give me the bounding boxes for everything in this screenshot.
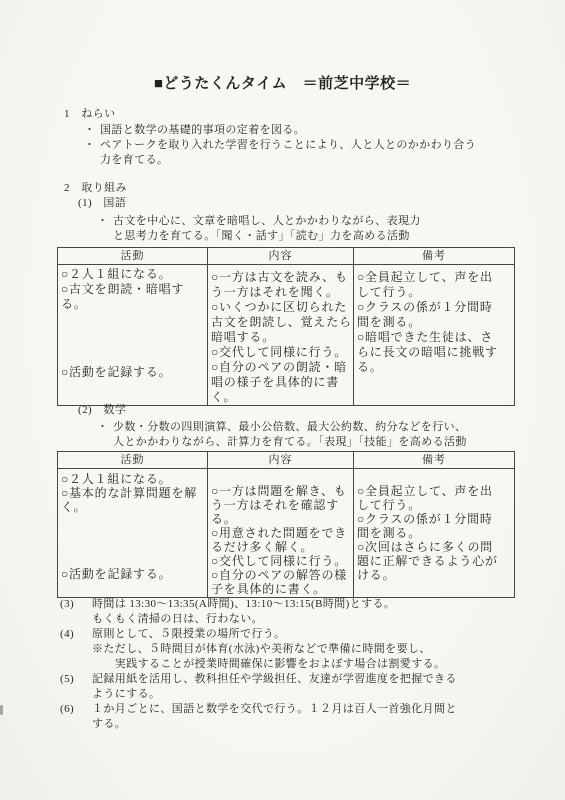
note-text: 時間は 13:30〜13:35(A時間)、13:10〜13:15(B時間)とする… <box>92 597 530 627</box>
note-text: １か月ごとに、国語と数学を交代で行う。１２月は百人一首強化月間と する。 <box>92 702 530 732</box>
bullet-marker: ・ <box>84 138 100 168</box>
kokugo-table-body: ○２人１組になる。 ○古文を朗読・暗唱す る。 ○活動を記録する。 ○一方は古文… <box>58 265 514 405</box>
aims-heading: 1 ねらい <box>64 107 116 122</box>
notes-item: ○次回はさらに多くの問 題に正解できるよう心が ける。 <box>357 540 513 582</box>
subject-sugaku-label: (2) 数学 <box>78 403 126 418</box>
kokugo-content-cell: ○一方は古文を読み、も う一方はそれを聞く。 ○いくつかに区切られた 古文を朗読… <box>208 265 354 405</box>
sugaku-activity-record: ○活動を記録する。 <box>61 567 205 581</box>
scanned-document-page: ■どうたくんタイム ＝前芝中学校＝ 1 ねらい ・ 国語と数学の基礎的事項の定着… <box>0 0 565 800</box>
kokugo-table-header-row: 活動 内容 備考 <box>58 248 514 265</box>
note-item-3: (3) 時間は 13:30〜13:35(A時間)、13:10〜13:15(B時間… <box>60 597 530 627</box>
kokugo-notes-cell: ○全員起立して、声を出 して行う。 ○クラスの係が１分間時 間を測る。 ○暗唱で… <box>354 265 514 405</box>
aims-bullet-2: ・ ペアトークを取り入れた学習を行うことにより、人と人とのかかわり合う 力を育て… <box>84 138 476 168</box>
sugaku-description: 少数・分数の四則演算、最小公倍数、最大公約数、約分などを行い、 人とかかわりなが… <box>113 420 467 450</box>
table-header-content: 内容 <box>208 452 354 468</box>
sugaku-notes-cell: ○全員起立して、声を出 して行う。 ○クラスの係が１分間時 間を測る。 ○次回は… <box>354 469 514 597</box>
sugaku-content-cell: ○一方は問題を解き、も う一方はそれを確認す る。 ○用意された問題をでき るだ… <box>208 469 354 597</box>
note-number: (4) <box>60 627 92 672</box>
note-number: (3) <box>60 597 92 627</box>
content-item: ○交代して同様に行う。 <box>211 554 352 568</box>
kokugo-activity-cell: ○２人１組になる。 ○古文を朗読・暗唱す る。 ○活動を記録する。 <box>58 265 208 405</box>
content-item: ○いくつかに区切られた 古文を朗読し、覚えたら 暗唱する。 <box>211 300 352 345</box>
content-item: ○交代して同様に行う。 <box>211 345 352 360</box>
note-text: 原則として、５限授業の場所で行う。 ※ただし、５時間目が体育(水泳)や美術などで… <box>92 627 530 672</box>
aims-bullet-2-text: ペアトークを取り入れた学習を行うことにより、人と人とのかかわり合う 力を育てる。 <box>100 138 476 168</box>
content-item: ○用意された問題をでき るだけ多く解く。 <box>211 526 352 554</box>
numbered-notes-list: (3) 時間は 13:30〜13:35(A時間)、13:10〜13:15(B時間… <box>60 597 530 732</box>
content-item: ○自分のペアの解答の様 子を具体的に書く。 <box>211 568 352 596</box>
table-header-activity: 活動 <box>58 248 208 264</box>
notes-item: ○クラスの係が１分間時 間を測る。 <box>357 512 513 540</box>
note-number: (5) <box>60 672 92 702</box>
kokugo-activity-record: ○活動を記録する。 <box>61 365 205 380</box>
sugaku-activity-top: ○２人１組になる。 ○基本的な計算問題を解 く。 <box>61 472 205 514</box>
subject-kokugo-label: (1) 国語 <box>78 196 126 211</box>
table-header-notes: 備考 <box>354 248 514 264</box>
notes-item: ○全員起立して、声を出 して行う。 <box>357 484 513 512</box>
bullet-marker: ・ <box>97 420 113 450</box>
activities-heading: 2 取り組み <box>64 181 127 196</box>
aims-bullet-1: ・ 国語と数学の基礎的事項の定着を図る。 <box>84 123 305 138</box>
document-title: ■どうたくんタイム ＝前芝中学校＝ <box>0 72 565 93</box>
scan-artifact <box>0 705 3 715</box>
kokugo-description: 古文を中心に、文章を暗唱し、人とかかわりながら、表現力 と思考力を育てる。「聞く… <box>113 214 421 244</box>
note-item-5: (5) 記録用紙を活用し、教科担任や学級担任、友達が学習進度を把握できる ように… <box>60 672 530 702</box>
table-header-content: 内容 <box>208 248 354 264</box>
table-header-notes: 備考 <box>354 452 514 468</box>
kokugo-description-row: ・ 古文を中心に、文章を暗唱し、人とかかわりながら、表現力 と思考力を育てる。「… <box>97 214 421 244</box>
notes-item: ○全員起立して、声を出 して行う。 <box>357 270 513 300</box>
notes-item: ○暗唱できた生徒は、さ らに長文の暗唱に挑戦す る。 <box>357 330 513 375</box>
content-item: ○一方は問題を解き、も う一方はそれを確認す る。 <box>211 484 352 526</box>
sugaku-activity-cell: ○２人１組になる。 ○基本的な計算問題を解 く。 ○活動を記録する。 <box>58 469 208 597</box>
sugaku-table-body: ○２人１組になる。 ○基本的な計算問題を解 く。 ○活動を記録する。 ○一方は問… <box>58 469 514 597</box>
note-item-6: (6) １か月ごとに、国語と数学を交代で行う。１２月は百人一首強化月間と する。 <box>60 702 530 732</box>
content-item: ○自分のペアの朗読・暗 唱の様子を具体的に書 く。 <box>211 360 352 405</box>
kokugo-activity-top: ○２人１組になる。 ○古文を朗読・暗唱す る。 <box>61 267 205 312</box>
bullet-marker: ・ <box>97 214 113 244</box>
sugaku-table-header-row: 活動 内容 備考 <box>58 452 514 469</box>
kokugo-table: 活動 内容 備考 ○２人１組になる。 ○古文を朗読・暗唱す る。 ○活動を記録す… <box>57 247 515 406</box>
note-text: 記録用紙を活用し、教科担任や学級担任、友達が学習進度を把握できる ようにする。 <box>92 672 530 702</box>
bullet-marker: ・ <box>84 123 100 138</box>
sugaku-description-row: ・ 少数・分数の四則演算、最小公倍数、最大公約数、約分などを行い、 人とかかわり… <box>97 420 467 450</box>
content-item: ○一方は古文を読み、も う一方はそれを聞く。 <box>211 270 352 300</box>
note-number: (6) <box>60 702 92 732</box>
aims-bullet-1-text: 国語と数学の基礎的事項の定着を図る。 <box>100 123 305 138</box>
sugaku-table: 活動 内容 備考 ○２人１組になる。 ○基本的な計算問題を解 く。 ○活動を記録… <box>57 451 515 598</box>
notes-item: ○クラスの係が１分間時 間を測る。 <box>357 300 513 330</box>
table-header-activity: 活動 <box>58 452 208 468</box>
note-item-4: (4) 原則として、５限授業の場所で行う。 ※ただし、５時間目が体育(水泳)や美… <box>60 627 530 672</box>
